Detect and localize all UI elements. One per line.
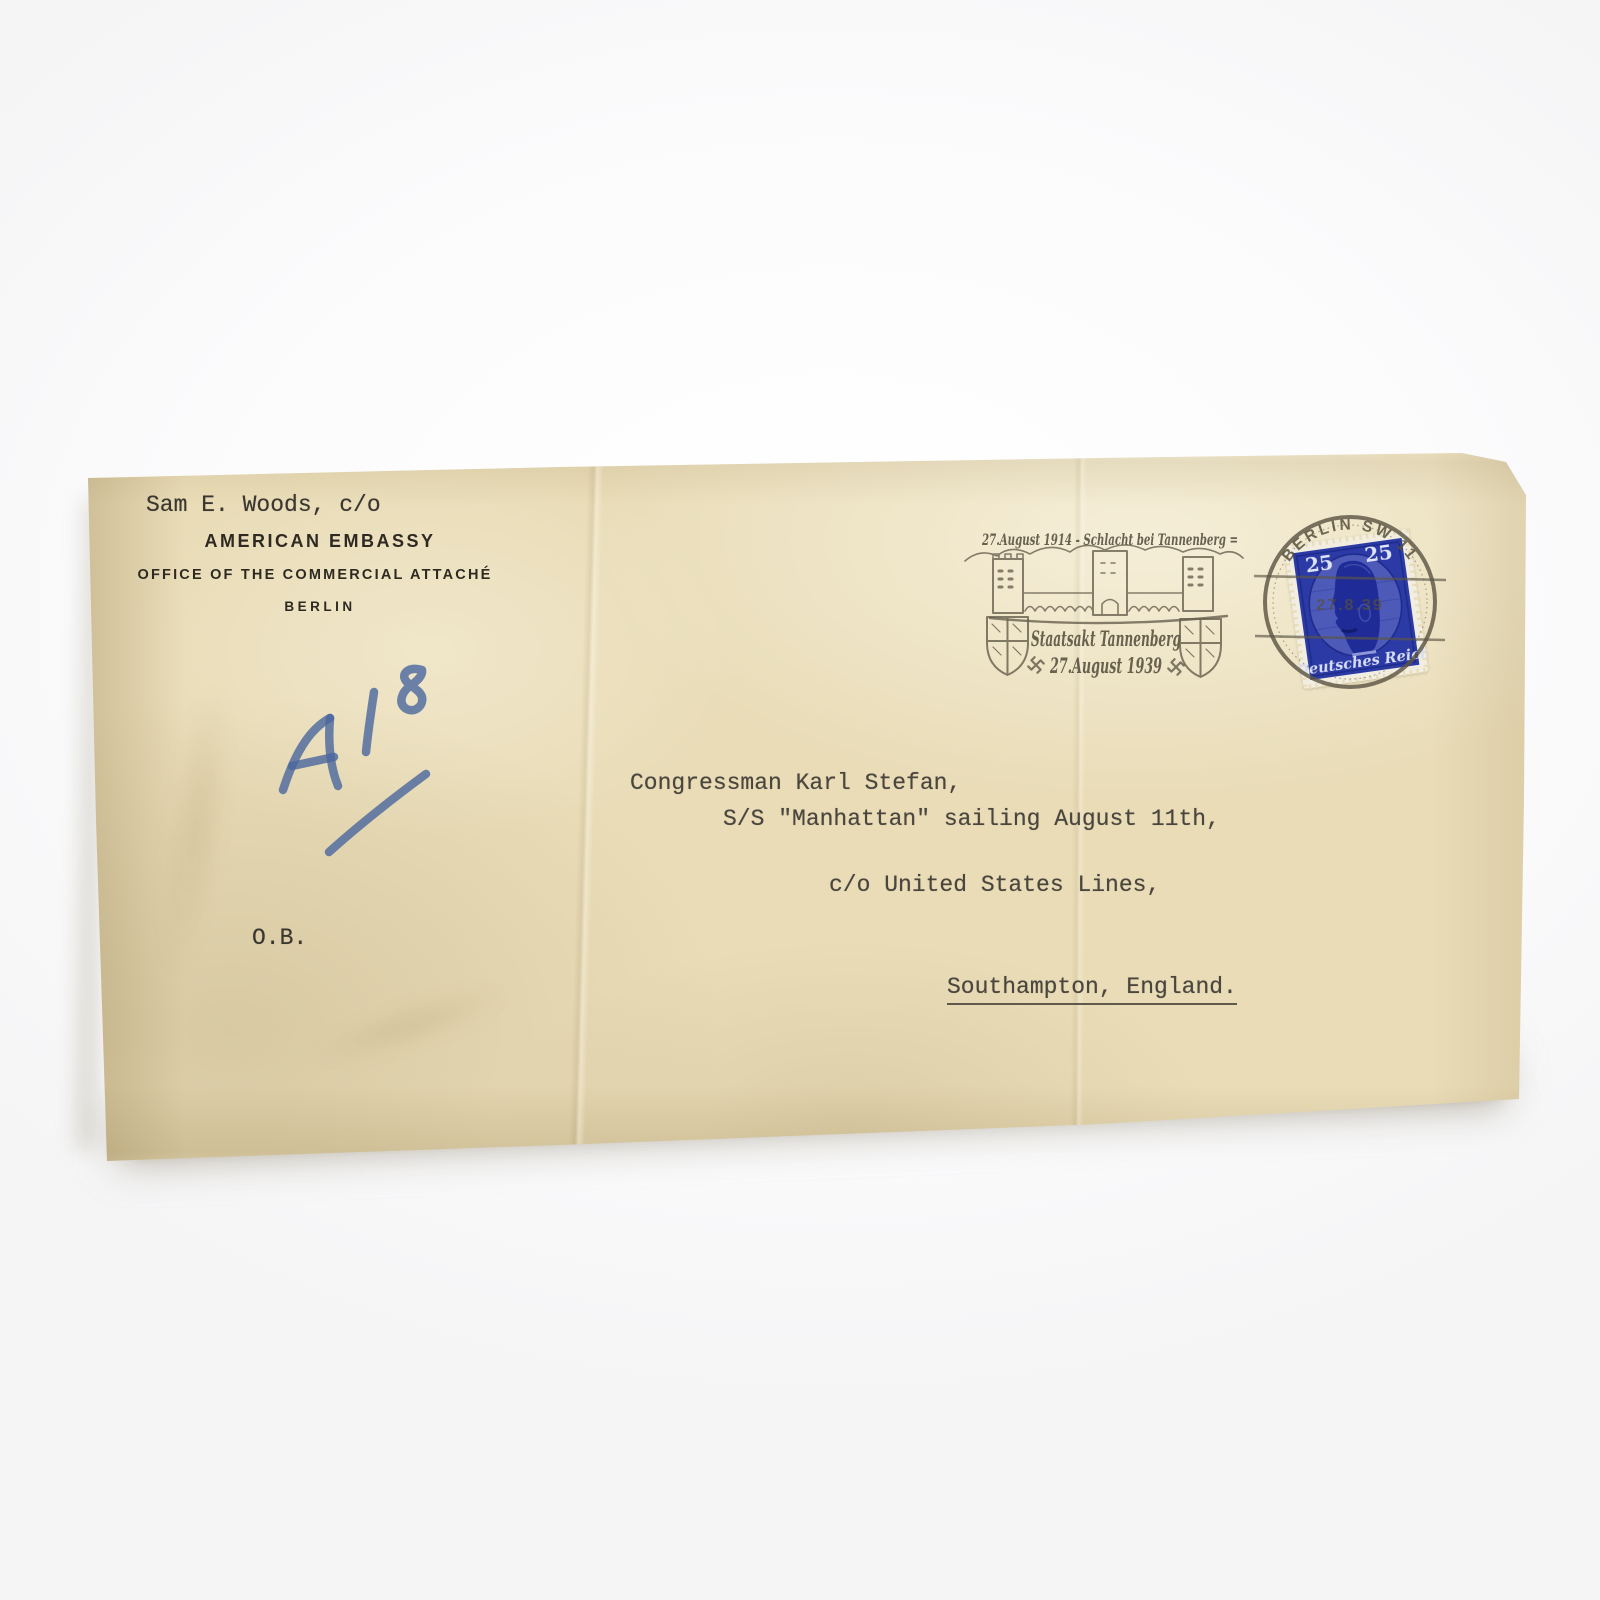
recipient-care-of-line: c/o United States Lines, bbox=[829, 872, 1160, 898]
return-address-city: BERLIN bbox=[190, 599, 450, 614]
letter-a-stroke bbox=[283, 718, 330, 790]
postmark-caption-line-2: 27.August 1939 bbox=[1049, 653, 1162, 678]
return-address-embassy: AMERICAN EMBASSY bbox=[190, 531, 450, 552]
paper-wrinkle bbox=[121, 616, 269, 1044]
svg-text:BERLIN SW 11: BERLIN SW 11 bbox=[1279, 516, 1421, 564]
handwritten-code bbox=[250, 628, 450, 868]
paper-wrinkle bbox=[253, 936, 566, 1114]
paper-crease bbox=[568, 458, 604, 1164]
envelope: Sam E. Woods, c/o AMERICAN EMBASSY OFFIC… bbox=[0, 0, 1600, 1600]
photo-background: Sam E. Woods, c/o AMERICAN EMBASSY OFFIC… bbox=[0, 0, 1600, 1600]
recipient-city-line: Southampton, England. bbox=[947, 974, 1237, 1005]
handwritten-code-label: A 18 bbox=[0, 0, 1, 1]
digit-8-stroke bbox=[401, 669, 422, 710]
tannenberg-memorial-drawing bbox=[965, 545, 1243, 623]
swastika-icon bbox=[1027, 656, 1045, 674]
shield-right-icon bbox=[1180, 619, 1221, 677]
return-address-sender: Sam E. Woods, c/o bbox=[146, 492, 381, 518]
circular-postmark: BERLIN SW 11 27.8.39 bbox=[1252, 504, 1448, 700]
letter-a-stroke bbox=[329, 718, 338, 786]
recipient-ship-line: S/S "Manhattan" sailing August 11th, bbox=[723, 806, 1220, 832]
typed-initials: O.B. bbox=[252, 925, 307, 951]
recipient-name-line: Congressman Karl Stefan, bbox=[630, 770, 961, 796]
postmark-caption-line-1: Staatsakt Tannenberg bbox=[1031, 626, 1181, 651]
underline-slash bbox=[329, 774, 426, 852]
return-address-office: OFFICE OF THE COMMERCIAL ATTACHÉ bbox=[105, 567, 525, 583]
postmark-city-text: BERLIN SW 11 bbox=[1279, 516, 1421, 564]
cancel-line bbox=[1254, 576, 1446, 580]
digit-1-stroke bbox=[366, 692, 374, 752]
postmark-top-line: 27.August 1914 - Schlacht bei Tannenberg… bbox=[981, 530, 1238, 549]
postmark-date-text: 27.8.39 bbox=[1316, 597, 1383, 614]
cancel-line bbox=[1255, 636, 1445, 640]
shield-left-icon bbox=[987, 617, 1028, 675]
machine-postmark: 27.August 1914 - Schlacht bei Tannenberg… bbox=[935, 515, 1270, 690]
